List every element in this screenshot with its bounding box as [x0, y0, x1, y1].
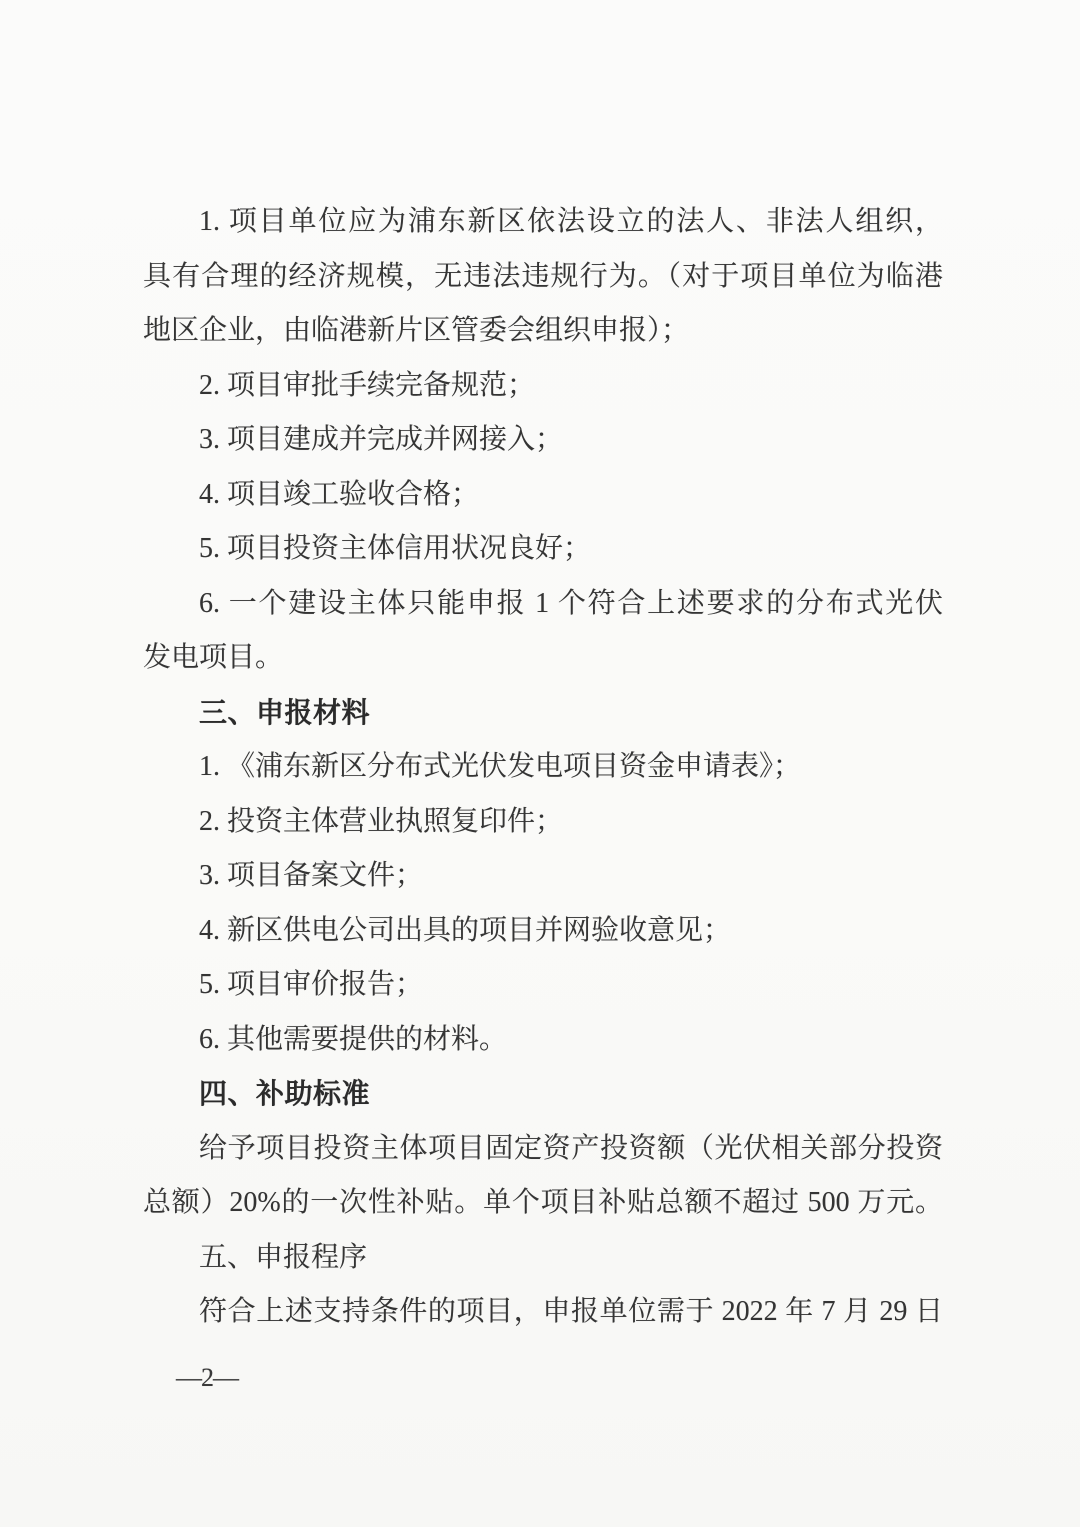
material-item-5: 5. 项目审价报告； [143, 958, 943, 1013]
material-item-1: 1. 《浦东新区分布式光伏发电项目资金申请表》； [143, 740, 943, 795]
page-number: —2— [176, 1351, 238, 1405]
subsidy-section-heading: 四、补助标准 [143, 1067, 943, 1122]
condition-item-3: 3. 项目建成并完成并网接入； [143, 413, 943, 468]
procedure-section-heading: 五、申报程序 [143, 1231, 943, 1286]
condition-item-4: 4. 项目竣工验收合格； [143, 468, 943, 523]
document-page: 1. 项目单位应为浦东新区依法设立的法人、非法人组织， 具有合理的经济规模，无违… [0, 0, 1080, 1527]
material-item-3: 3. 项目备案文件； [143, 849, 943, 904]
condition-item-1-line-1: 1. 项目单位应为浦东新区依法设立的法人、非法人组织， [143, 195, 943, 250]
condition-item-2: 2. 项目审批手续完备规范； [143, 359, 943, 414]
materials-section-heading: 三、申报材料 [143, 686, 943, 741]
document-content: 1. 项目单位应为浦东新区依法设立的法人、非法人组织， 具有合理的经济规模，无违… [143, 195, 943, 1340]
procedure-paragraph-line-1: 符合上述支持条件的项目，申报单位需于 2022 年 7 月 29 日 [143, 1285, 943, 1340]
material-item-6: 6. 其他需要提供的材料。 [143, 1013, 943, 1068]
condition-item-6-line-2: 发电项目。 [143, 631, 943, 686]
material-item-4: 4. 新区供电公司出具的项目并网验收意见； [143, 904, 943, 959]
material-item-2: 2. 投资主体营业执照复印件； [143, 795, 943, 850]
condition-item-1-line-3: 地区企业，由临港新片区管委会组织申报）； [143, 304, 943, 359]
condition-item-6-line-1: 6. 一个建设主体只能申报 1 个符合上述要求的分布式光伏 [143, 577, 943, 632]
condition-item-1-line-2: 具有合理的经济规模，无违法违规行为。（对于项目单位为临港 [143, 250, 943, 305]
subsidy-paragraph-line-1: 给予项目投资主体项目固定资产投资额（光伏相关部分投资 [143, 1122, 943, 1177]
condition-item-5: 5. 项目投资主体信用状况良好； [143, 522, 943, 577]
subsidy-paragraph-line-2: 总额）20%的一次性补贴。单个项目补贴总额不超过 500 万元。 [143, 1176, 943, 1231]
